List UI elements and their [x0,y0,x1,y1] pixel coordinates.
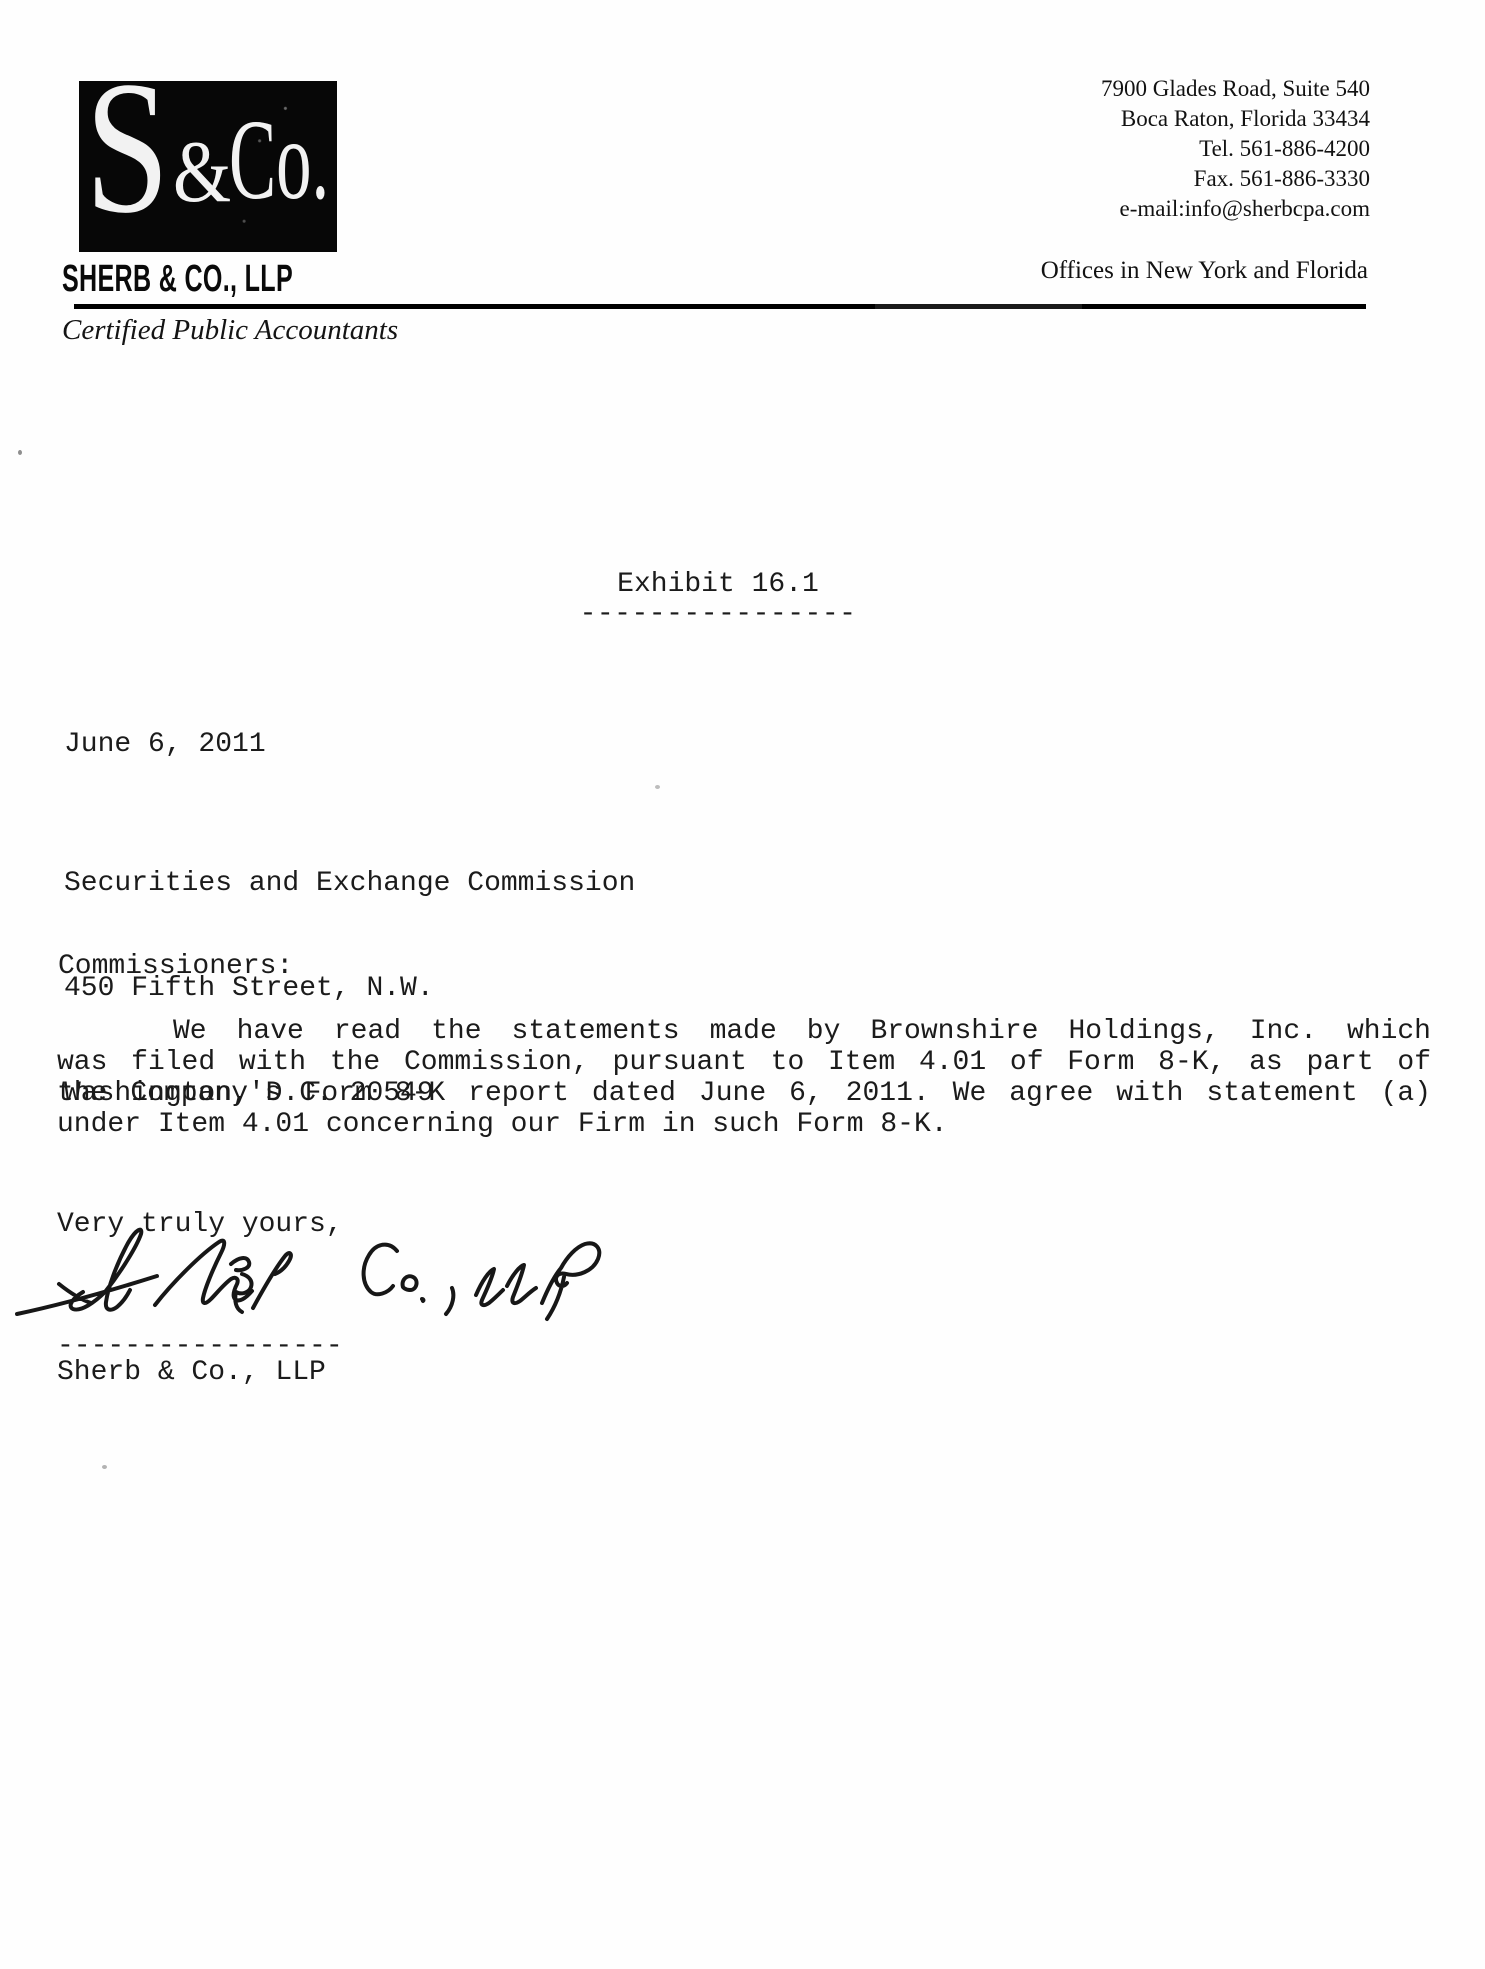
offices-line: Offices in New York and Florida [1041,257,1368,285]
letter-page: S & Co. SHERB & CO., LLP Certified Publi… [0,0,1485,1969]
handwritten-signature [15,1226,605,1330]
contact-phone: Tel. 561-886-4200 [1101,134,1370,164]
body-line: the Company's Form 8-K report dated June… [57,1078,1431,1109]
letterhead-rule [74,304,1366,309]
contact-block: 7900 Glades Road, Suite 540 Boca Raton, … [1101,74,1370,224]
logo-ampersand: & [173,129,231,217]
scan-speck [18,450,22,455]
body-line: under Item 4.01 concerning our Firm in s… [57,1109,1431,1140]
contact-email: e-mail:info@sherbcpa.com [1101,194,1370,224]
scan-speck [655,785,660,789]
logo-letters-co: Co. [229,103,329,217]
exhibit-heading: Exhibit 16.1 ---------------- [0,570,1436,630]
body-line: was filed with the Commission, pursuant … [57,1047,1431,1078]
signed-name: Sherb & Co., LLP [57,1357,326,1388]
contact-address-line1: 7900 Glades Road, Suite 540 [1101,74,1370,104]
exhibit-title: Exhibit 16.1 [0,570,1436,600]
firm-name: SHERB & CO., LLP [62,260,293,298]
logo-letter-s: S [85,53,170,243]
recipient-line1: Securities and Exchange Commission [64,866,635,901]
letter-body: We have read the statements made by Brow… [57,1016,1431,1140]
company-logo: S & Co. [79,81,337,252]
contact-fax: Fax. 561-886-3330 [1101,164,1370,194]
contact-address-line2: Boca Raton, Florida 33434 [1101,104,1370,134]
salutation: Commissioners: [58,951,293,982]
exhibit-underline: ---------------- [0,600,1436,630]
firm-tagline: Certified Public Accountants [62,314,398,347]
body-line: We have read the statements made by Brow… [57,1016,1431,1047]
scan-speck [102,1465,107,1469]
letter-date: June 6, 2011 [64,729,266,760]
